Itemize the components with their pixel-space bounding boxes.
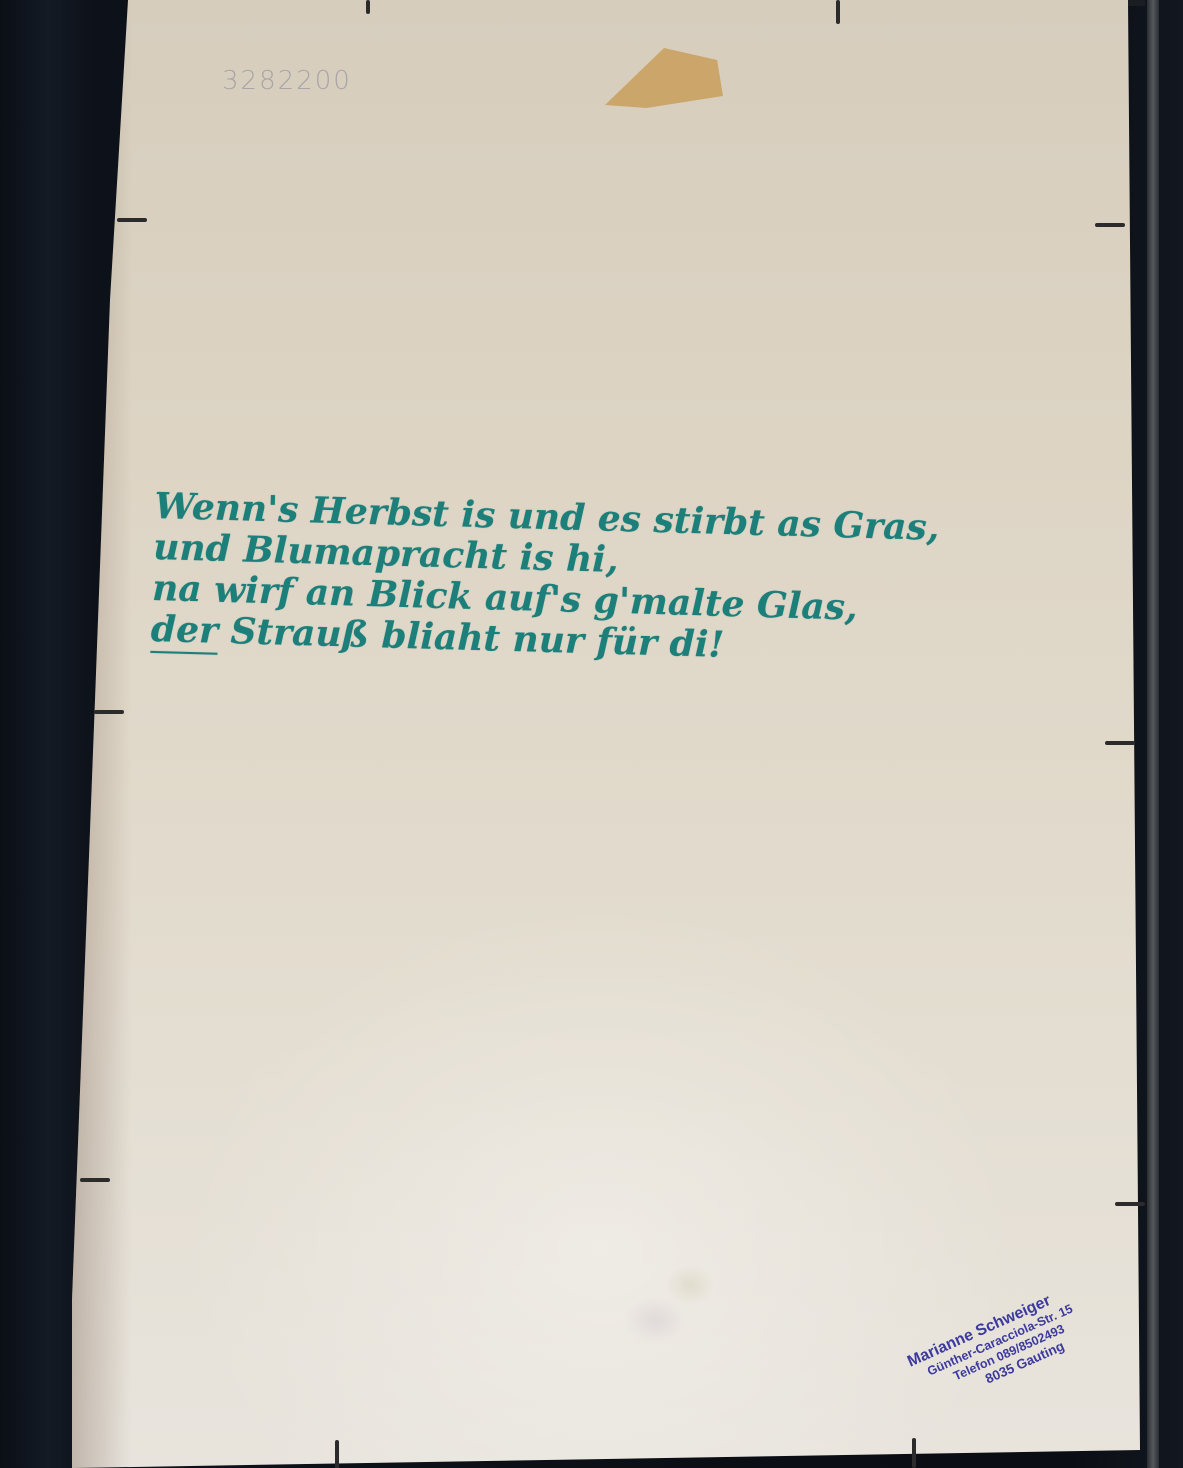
nail-icon	[912, 1438, 916, 1468]
nail-icon	[335, 1440, 339, 1468]
nail-icon	[94, 710, 124, 714]
cardboard-backing	[0, 0, 1183, 1468]
nail-icon	[1095, 223, 1125, 227]
nail-icon	[836, 0, 840, 24]
handwritten-poem: Wenn's Herbst is und es stirbt as Gras, …	[150, 486, 1054, 675]
nail-icon	[1115, 1202, 1145, 1206]
frame-right-rail	[1147, 0, 1159, 1468]
nail-icon	[1105, 741, 1135, 745]
underlined-word: der	[150, 608, 218, 652]
nail-icon	[80, 1178, 110, 1182]
nail-icon	[366, 0, 370, 14]
pencil-inventory-number: 3282200	[222, 66, 352, 96]
nail-icon	[117, 218, 147, 222]
